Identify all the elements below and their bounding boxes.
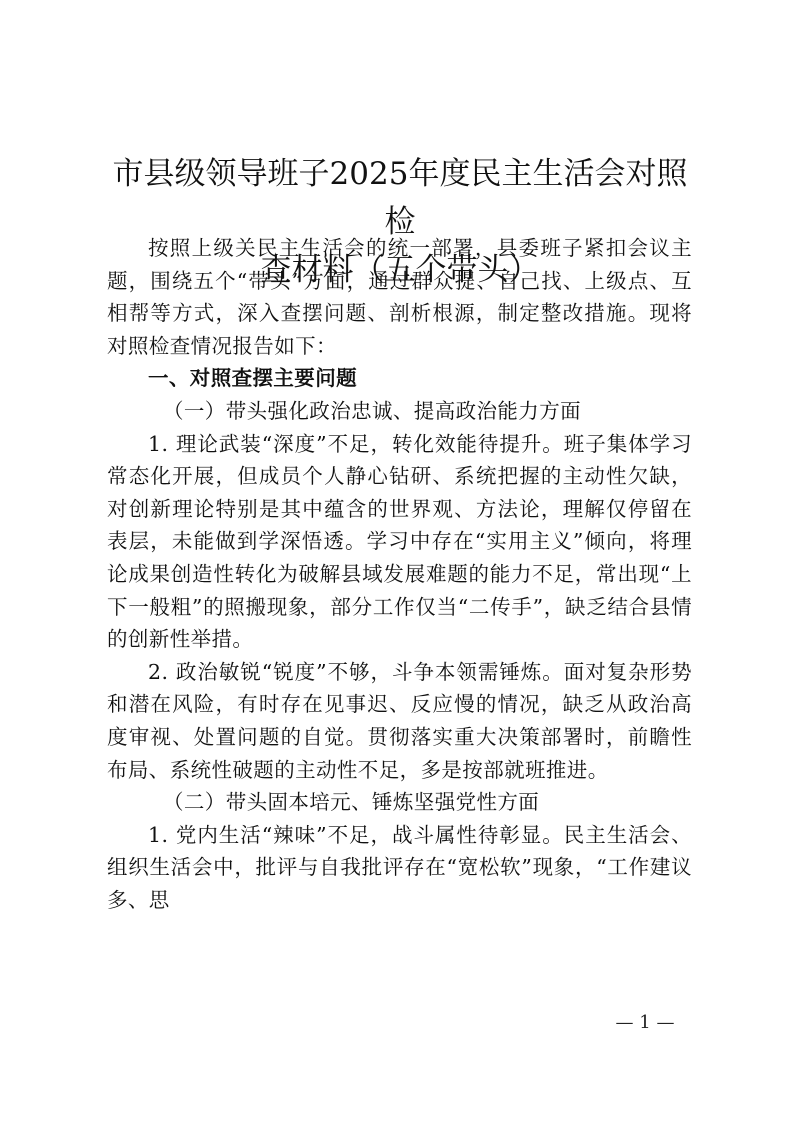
intro-paragraph: 按照上级关民主生活会的统一部署，县委班子紧扣会议主题，围绕五个“带头”方面，通过… [107,232,692,362]
subsection-heading: （一）带头强化政治忠诚、提高政治能力方面 [107,395,692,428]
body-paragraph: 1. 党内生活“辣味”不足，战斗属性待彰显。民主生活会、组织生活会中，批评与自我… [107,819,692,917]
document-page: 市县级领导班子2025年度民主生活会对照检 查材料（五个带头） 按照上级关民主生… [0,0,793,1122]
body-paragraph: 1. 理论武装“深度”不足，转化效能待提升。班子集体学习常态化开展，但成员个人静… [107,428,692,656]
subsection-heading: （二）带头固本培元、锤炼坚强党性方面 [107,786,692,819]
body-paragraph: 2. 政治敏锐“锐度”不够，斗争本领需锤炼。面对复杂形势和潜在风险，有时存在见事… [107,656,692,786]
section-heading: 一、对照查摆主要问题 [107,362,692,395]
page-number: — 1 — [600,1012,690,1033]
document-body: 按照上级关民主生活会的统一部署，县委班子紧扣会议主题，围绕五个“带头”方面，通过… [107,232,692,916]
